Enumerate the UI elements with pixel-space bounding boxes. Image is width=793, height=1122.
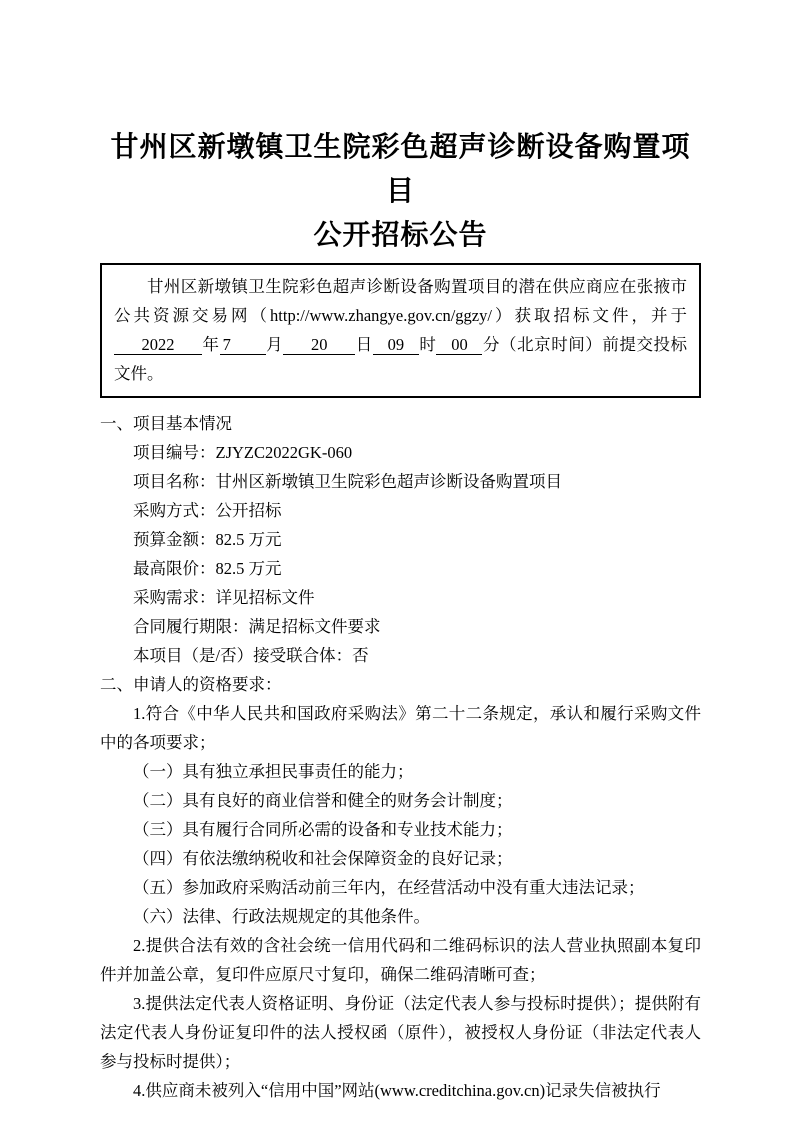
year-unit: 年 [202, 335, 220, 354]
hour-blank: 09 [373, 335, 419, 355]
qualification-item-1: （一）具有独立承担民事责任的能力； [100, 757, 701, 786]
minute-unit: 分 [482, 335, 500, 354]
title-line-1: 甘州区新墩镇卫生院彩色超声诊断设备购置项目 [110, 132, 690, 207]
hour-unit: 时 [419, 335, 437, 354]
info-line-project-number: 项目编号：ZJYZC2022GK-060 [100, 438, 701, 467]
qualification-item-2: （二）具有良好的商业信誉和健全的财务会计制度； [100, 786, 701, 815]
info-line-contract-period: 合同履行期限：满足招标文件要求 [100, 612, 701, 641]
document-page: 甘州区新墩镇卫生院彩色超声诊断设备购置项目 公开招标公告 甘州区新墩镇卫生院彩色… [0, 0, 793, 1122]
day-blank: 20 [283, 335, 355, 355]
info-line-price-limit: 最高限价：82.5 万元 [100, 554, 701, 583]
month-unit: 月 [266, 335, 284, 354]
year-blank: 2022 [114, 335, 202, 355]
info-line-budget: 预算金额：82.5 万元 [100, 525, 701, 554]
info-line-project-name: 项目名称：甘州区新墩镇卫生院彩色超声诊断设备购置项目 [100, 467, 701, 496]
qualification-item-4: （四）有依法缴纳税收和社会保障资金的良好记录； [100, 844, 701, 873]
title-line-2: 公开招标公告 [313, 220, 487, 251]
qualification-paragraph-1: 1.符合《中华人民共和国政府采购法》第二十二条规定，承认和履行采购文件中的各项要… [100, 699, 701, 757]
notice-box: 甘州区新墩镇卫生院彩色超声诊断设备购置项目的潜在供应商应在张掖市公共资源交易网（… [100, 263, 701, 398]
qualification-item-5: （五）参加政府采购活动前三年内，在经营活动中没有重大违法记录； [100, 873, 701, 902]
document-title: 甘州区新墩镇卫生院彩色超声诊断设备购置项目 公开招标公告 [100, 126, 701, 258]
info-line-procurement-method: 采购方式：公开招标 [100, 496, 701, 525]
info-line-consortium: 本项目（是/否）接受联合体：否 [100, 641, 701, 670]
qualification-paragraph-3: 3.提供法定代表人资格证明、身份证（法定代表人参与投标时提供）；提供附有法定代表… [100, 989, 701, 1076]
notice-paragraph: 甘州区新墩镇卫生院彩色超声诊断设备购置项目的潜在供应商应在张掖市公共资源交易网（… [114, 272, 687, 388]
qualification-paragraph-2: 2.提供合法有效的含社会统一信用代码和二维码标识的法人营业执照副本复印件并加盖公… [100, 931, 701, 989]
day-unit: 日 [355, 335, 373, 354]
qualification-paragraph-4: 4.供应商未被列入“信用中国”网站(www.creditchina.gov.cn… [100, 1076, 701, 1105]
section-2-heading: 二、申请人的资格要求： [100, 670, 701, 699]
info-line-requirements: 采购需求：详见招标文件 [100, 583, 701, 612]
month-blank: 7 [220, 335, 266, 355]
document-body: 一、项目基本情况 项目编号：ZJYZC2022GK-060 项目名称：甘州区新墩… [100, 409, 701, 1105]
notice-intro: 甘州区新墩镇卫生院彩色超声诊断设备购置项目的潜在供应商应在张掖市公共资源交易网（… [114, 277, 687, 325]
qualification-item-6: （六）法律、行政法规规定的其他条件。 [100, 902, 701, 931]
section-1-heading: 一、项目基本情况 [100, 409, 701, 438]
minute-blank: 00 [436, 335, 482, 355]
qualification-item-3: （三）具有履行合同所必需的设备和专业技术能力； [100, 815, 701, 844]
